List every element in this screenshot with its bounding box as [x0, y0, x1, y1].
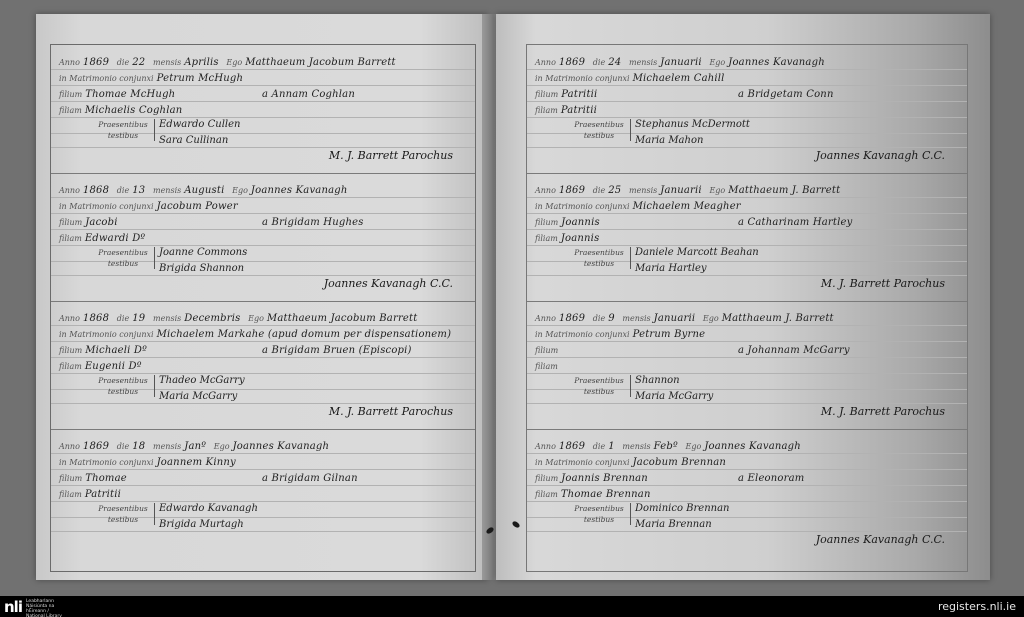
- entry-line-bride-father: filiamEdwardi Dº: [59, 233, 145, 244]
- bride-father-value: Thomae Brennan: [561, 489, 651, 500]
- die-value: 18: [132, 441, 145, 452]
- officiant-value: Joannes Kavanagh: [704, 441, 801, 452]
- anno-value: 1869: [83, 441, 109, 452]
- die-value: 19: [132, 313, 145, 324]
- witnesses-label: Praesentibustestibus: [95, 375, 155, 397]
- site-link[interactable]: registers.nli.ie: [938, 600, 1016, 613]
- groom-father-value: Joannis: [561, 217, 600, 228]
- entry-line-date: Anno1868 die19 mensisDecembris EgoMattha…: [59, 313, 418, 324]
- witness-2: Maria Brennan: [635, 519, 712, 530]
- die-value: 1: [608, 441, 615, 452]
- footer-bar: nli Leabharlann Náisiúnta na hÉireann / …: [0, 596, 1024, 617]
- mensis-value: Januarii: [660, 185, 702, 196]
- entry-line-bride-father: filiamPatritii: [535, 105, 597, 116]
- die-value: 24: [608, 57, 621, 68]
- priest-signature: M. J. Barrett Parochus: [329, 405, 453, 418]
- groom-father-value: Thomae: [85, 473, 127, 484]
- entry-line-bride-father: filiam: [535, 361, 561, 372]
- witness-2: Maria McGarry: [635, 391, 713, 402]
- anno-value: 1869: [83, 57, 109, 68]
- bride-value: a Bridgetam Conn: [738, 89, 834, 100]
- entry-line-bride-father: filiamEugenii Dº: [59, 361, 142, 372]
- bride-father-value: Michaelis Coghlan: [85, 105, 183, 116]
- priest-signature: M. J. Barrett Parochus: [821, 405, 945, 418]
- nli-logo[interactable]: nli: [4, 598, 22, 616]
- entry-line-groom-father: filiumMichaeli Dº a Brigidam Bruen (Epis…: [59, 345, 147, 356]
- entry-line-groom-father: filiumThomae McHugh a Annam Coghlan: [59, 89, 175, 100]
- entry-line-groom: in Matrimonio conjunxiMichaelem Meagher: [535, 201, 741, 212]
- die-value: 13: [132, 185, 145, 196]
- bride-father-value: Patritii: [561, 105, 597, 116]
- groom-father-value: Joannis Brennan: [561, 473, 648, 484]
- entry-line-groom: in Matrimonio conjunxiPetrum Byrne: [535, 329, 705, 340]
- marriage-entry: Anno1868 die19 mensisDecembris EgoMattha…: [51, 305, 475, 430]
- anno-value: 1869: [559, 441, 585, 452]
- groom-father-value: Michaeli Dº: [85, 345, 147, 356]
- entry-line-groom-father: filiumPatritii a Bridgetam Conn: [535, 89, 597, 100]
- witnesses-label: Praesentibustestibus: [571, 247, 631, 269]
- witnesses-label: Praesentibustestibus: [571, 375, 631, 397]
- witnesses-label: Praesentibustestibus: [571, 503, 631, 525]
- witness-1: Dominico Brennan: [635, 503, 730, 514]
- entry-line-bride-father: filiamMichaelis Coghlan: [59, 105, 182, 116]
- mensis-value: Febº: [654, 441, 678, 452]
- groom-father-value: Thomae McHugh: [85, 89, 175, 100]
- marriage-entry: Anno1869 die25 mensisJanuarii EgoMatthae…: [527, 177, 967, 302]
- witness-2: Sara Cullinan: [159, 135, 228, 146]
- entry-line-date: Anno1869 die1 mensisFebº EgoJoannes Kava…: [535, 441, 801, 452]
- groom-value: Michaelem Meagher: [633, 201, 741, 212]
- witness-1: Shannon: [635, 375, 680, 386]
- die-value: 25: [608, 185, 621, 196]
- left-register-page: Anno1869 die22 mensisAprilis EgoMatthaeu…: [36, 14, 488, 580]
- anno-value: 1869: [559, 185, 585, 196]
- marriage-entry: Anno1869 die9 mensisJanuarii EgoMatthaeu…: [527, 305, 967, 430]
- mensis-value: Januarii: [654, 313, 696, 324]
- nli-logo-subtitle: Leabharlann Náisiúnta na hÉireann / Nati…: [26, 599, 66, 617]
- groom-value: Michaelem Markahe (apud domum per dispen…: [157, 329, 452, 340]
- witness-1: Edwardo Kavanagh: [159, 503, 258, 514]
- witness-2: Maria Hartley: [635, 263, 707, 274]
- bride-value: a Annam Coghlan: [262, 89, 355, 100]
- witness-1: Joanne Commons: [159, 247, 247, 258]
- priest-signature: M. J. Barrett Parochus: [329, 149, 453, 162]
- marriage-entry: Anno1868 die13 mensisAugusti EgoJoannes …: [51, 177, 475, 302]
- bride-value: a Brigidam Bruen (Episcopi): [262, 345, 412, 356]
- groom-father-value: Patritii: [561, 89, 597, 100]
- entry-line-date: Anno1869 die9 mensisJanuarii EgoMatthaeu…: [535, 313, 834, 324]
- groom-value: Michaelem Cahill: [633, 73, 725, 84]
- bride-value: a Brigidam Hughes: [262, 217, 364, 228]
- officiant-value: Joannes Kavanagh: [233, 441, 330, 452]
- right-page-frame: Anno1869 die24 mensisJanuarii EgoJoannes…: [526, 44, 968, 572]
- entry-line-bride-father: filiamThomae Brennan: [535, 489, 651, 500]
- officiant-value: Joannes Kavanagh: [728, 57, 825, 68]
- officiant-value: Joannes Kavanagh: [251, 185, 348, 196]
- right-register-page: Anno1869 die24 mensisJanuarii EgoJoannes…: [496, 14, 990, 580]
- bride-father-value: Patritii: [85, 489, 121, 500]
- priest-signature: Joannes Kavanagh C.C.: [816, 533, 945, 546]
- entry-line-date: Anno1869 die24 mensisJanuarii EgoJoannes…: [535, 57, 825, 68]
- groom-value: Petrum McHugh: [157, 73, 244, 84]
- document-viewer: Anno1869 die22 mensisAprilis EgoMatthaeu…: [0, 0, 1024, 596]
- entry-line-bride-father: filiamPatritii: [59, 489, 121, 500]
- bride-value: a Brigidam Gilnan: [262, 473, 358, 484]
- entry-line-groom: in Matrimonio conjunxiMichaelem Cahill: [535, 73, 725, 84]
- marriage-entry: Anno1869 die24 mensisJanuarii EgoJoannes…: [527, 49, 967, 174]
- witnesses-label: Praesentibustestibus: [95, 119, 155, 141]
- groom-value: Petrum Byrne: [633, 329, 706, 340]
- witness-2: Maria McGarry: [159, 391, 237, 402]
- bride-value: a Johannam McGarry: [738, 345, 850, 356]
- witness-2: Brigida Murtagh: [159, 519, 244, 530]
- officiant-value: Matthaeum Jacobum Barrett: [245, 57, 396, 68]
- entry-line-date: Anno1869 die18 mensisJanº EgoJoannes Kav…: [59, 441, 329, 452]
- mensis-value: Januarii: [660, 57, 702, 68]
- groom-value: Jacobum Power: [157, 201, 238, 212]
- entry-line-groom-father: filiumJacobi a Brigidam Hughes: [59, 217, 118, 228]
- entry-line-groom: in Matrimonio conjunxiMichaelem Markahe …: [59, 329, 451, 340]
- mensis-value: Augusti: [184, 185, 224, 196]
- entry-line-groom: in Matrimonio conjunxiJoannem Kinny: [59, 457, 236, 468]
- priest-signature: Joannes Kavanagh C.C.: [816, 149, 945, 162]
- officiant-value: Matthaeum J. Barrett: [722, 313, 834, 324]
- entry-line-groom-father: filiumThomae a Brigidam Gilnan: [59, 473, 127, 484]
- mensis-value: Janº: [184, 441, 206, 452]
- witnesses-label: Praesentibustestibus: [571, 119, 631, 141]
- anno-value: 1868: [83, 185, 109, 196]
- entry-line-groom: in Matrimonio conjunxiJacobum Brennan: [535, 457, 726, 468]
- entry-line-bride-father: filiamJoannis: [535, 233, 599, 244]
- entry-line-groom: in Matrimonio conjunxiJacobum Power: [59, 201, 238, 212]
- groom-father-value: Jacobi: [85, 217, 117, 228]
- entry-line-date: Anno1869 die25 mensisJanuarii EgoMatthae…: [535, 185, 840, 196]
- witnesses-label: Praesentibustestibus: [95, 503, 155, 525]
- officiant-value: Matthaeum Jacobum Barrett: [267, 313, 418, 324]
- groom-value: Joannem Kinny: [157, 457, 236, 468]
- anno-value: 1868: [83, 313, 109, 324]
- witness-2: Maria Mahon: [635, 135, 703, 146]
- priest-signature: Joannes Kavanagh C.C.: [324, 277, 453, 290]
- marriage-entry: Anno1869 die22 mensisAprilis EgoMatthaeu…: [51, 49, 475, 174]
- entry-line-date: Anno1868 die13 mensisAugusti EgoJoannes …: [59, 185, 348, 196]
- marriage-entry: Anno1869 die18 mensisJanº EgoJoannes Kav…: [51, 433, 475, 557]
- anno-value: 1869: [559, 313, 585, 324]
- entry-line-groom: in Matrimonio conjunxiPetrum McHugh: [59, 73, 243, 84]
- left-page-frame: Anno1869 die22 mensisAprilis EgoMatthaeu…: [50, 44, 476, 572]
- die-value: 9: [608, 313, 615, 324]
- entry-line-date: Anno1869 die22 mensisAprilis EgoMatthaeu…: [59, 57, 396, 68]
- witness-1: Daniele Marcott Beahan: [635, 247, 759, 258]
- bride-father-value: Joannis: [561, 233, 600, 244]
- groom-value: Jacobum Brennan: [633, 457, 726, 468]
- marriage-entry: Anno1869 die1 mensisFebº EgoJoannes Kava…: [527, 433, 967, 557]
- bride-value: a Catharinam Hartley: [738, 217, 852, 228]
- entry-line-groom-father: filiumJoannis a Catharinam Hartley: [535, 217, 600, 228]
- witness-1: Thadeo McGarry: [159, 375, 245, 386]
- bride-father-value: Edwardi Dº: [85, 233, 146, 244]
- witnesses-label: Praesentibustestibus: [95, 247, 155, 269]
- priest-signature: M. J. Barrett Parochus: [821, 277, 945, 290]
- witness-1: Edwardo Cullen: [159, 119, 240, 130]
- entry-line-groom-father: filiumJoannis Brennan a Eleonoram: [535, 473, 648, 484]
- die-value: 22: [132, 57, 145, 68]
- witness-2: Brigida Shannon: [159, 263, 244, 274]
- bride-father-value: Eugenii Dº: [85, 361, 142, 372]
- witness-1: Stephanus McDermott: [635, 119, 750, 130]
- mensis-value: Decembris: [184, 313, 240, 324]
- entry-line-groom-father: filium a Johannam McGarry: [535, 345, 561, 356]
- anno-value: 1869: [559, 57, 585, 68]
- bride-value: a Eleonoram: [738, 473, 804, 484]
- officiant-value: Matthaeum J. Barrett: [728, 185, 840, 196]
- mensis-value: Aprilis: [184, 57, 219, 68]
